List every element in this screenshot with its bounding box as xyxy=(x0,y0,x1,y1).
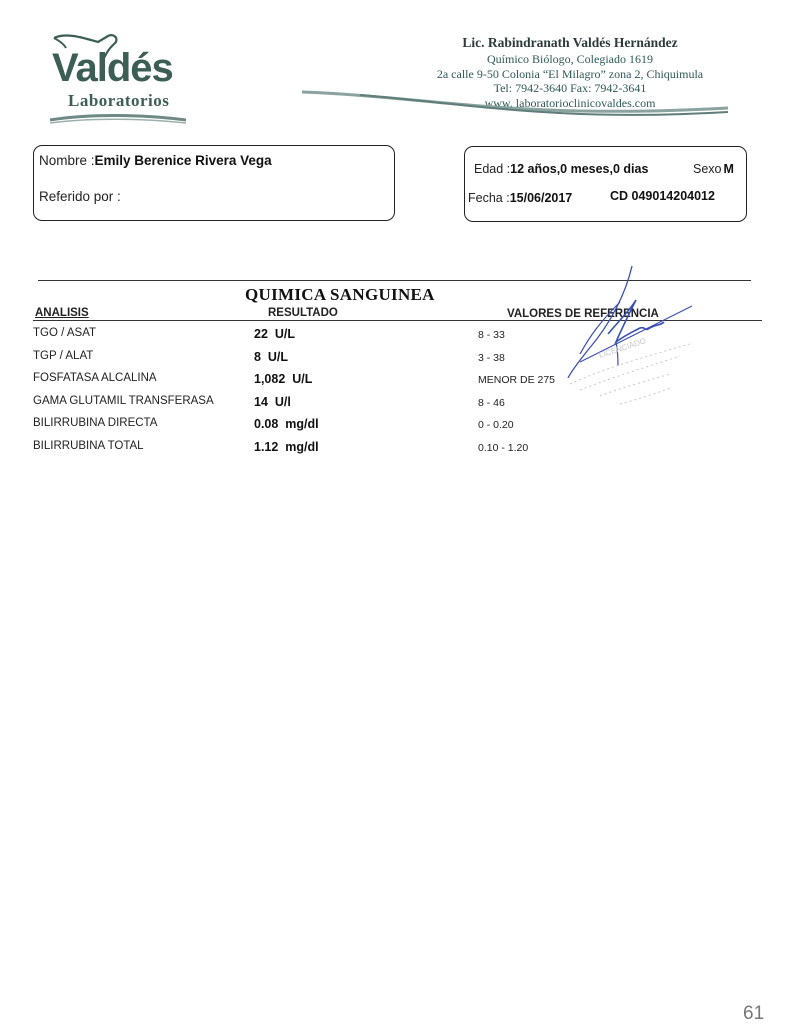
patient-details-box xyxy=(464,146,747,222)
patient-name-field: Nombre :Emily Berenice Rivera Vega xyxy=(39,152,272,170)
stamp-icon: LICENCIADO xyxy=(560,330,700,410)
analysis-result: 14 U/l xyxy=(254,395,291,409)
sex-field: SexoM xyxy=(693,160,734,178)
logo-wave-icon xyxy=(48,112,188,126)
analysis-name: BILIRRUBINA TOTAL xyxy=(33,440,144,452)
lab-address: 2a calle 9-50 Colonia “El Milagro” zona … xyxy=(400,67,740,82)
analysis-reference: 3 - 38 xyxy=(478,352,505,364)
section-title: QUIMICA SANGUINEA xyxy=(245,285,435,305)
svg-text:LICENCIADO: LICENCIADO xyxy=(598,336,647,360)
analysis-name: BILIRRUBINA DIRECTA xyxy=(33,417,157,429)
age-label: Edad : xyxy=(474,162,510,176)
logo-brand: Valdés xyxy=(52,46,173,91)
analysis-name: FOSFATASA ALCALINA xyxy=(33,372,157,384)
analysis-name: TGP / ALAT xyxy=(33,350,93,362)
patient-name-label: Nombre : xyxy=(39,153,95,168)
analysis-reference: 8 - 46 xyxy=(478,397,505,409)
age-field: Edad :12 años,0 meses,0 dias xyxy=(474,160,648,178)
analysis-result: 22 U/L xyxy=(254,327,295,341)
column-header-analysis: ANALISIS xyxy=(35,307,89,319)
logo-subtitle: Laboratorios xyxy=(68,91,169,111)
analysis-reference: MENOR DE 275 xyxy=(478,374,555,386)
analysis-result: 1.12 mg/dl xyxy=(254,440,319,454)
analysis-name: GAMA GLUTAMIL TRANSFERASA xyxy=(33,395,214,407)
analysis-result: 0.08 mg/dl xyxy=(254,417,319,431)
age-value: 12 años,0 meses,0 dias xyxy=(510,162,648,176)
referred-by-field: Referido por : xyxy=(39,188,121,206)
referred-by-label: Referido por : xyxy=(39,189,121,204)
date-label: Fecha : xyxy=(468,191,510,205)
analysis-result: 8 U/L xyxy=(254,350,288,364)
analysis-reference: 0.10 - 1.20 xyxy=(478,442,528,454)
analysis-reference: 8 - 33 xyxy=(478,329,505,341)
date-field: Fecha :15/06/2017 xyxy=(468,189,572,207)
lab-director-name: Lic. Rabindranath Valdés Hernández xyxy=(400,35,740,51)
analysis-name: TGO / ASAT xyxy=(33,327,96,339)
sex-value: M xyxy=(724,162,734,176)
analysis-reference: 0 - 0.20 xyxy=(478,419,514,431)
sex-label: Sexo xyxy=(693,162,722,176)
page-mark: 61 xyxy=(743,1003,764,1025)
date-value: 15/06/2017 xyxy=(510,191,573,205)
lab-director-title: Químico Biólogo, Colegiado 1619 xyxy=(400,52,740,67)
column-header-result: RESULTADO xyxy=(268,307,338,319)
patient-name: Emily Berenice Rivera Vega xyxy=(95,153,272,168)
analysis-result: 1,082 U/L xyxy=(254,372,312,386)
patient-code: CD 049014204012 xyxy=(610,189,715,203)
header-wave-icon xyxy=(300,86,730,126)
